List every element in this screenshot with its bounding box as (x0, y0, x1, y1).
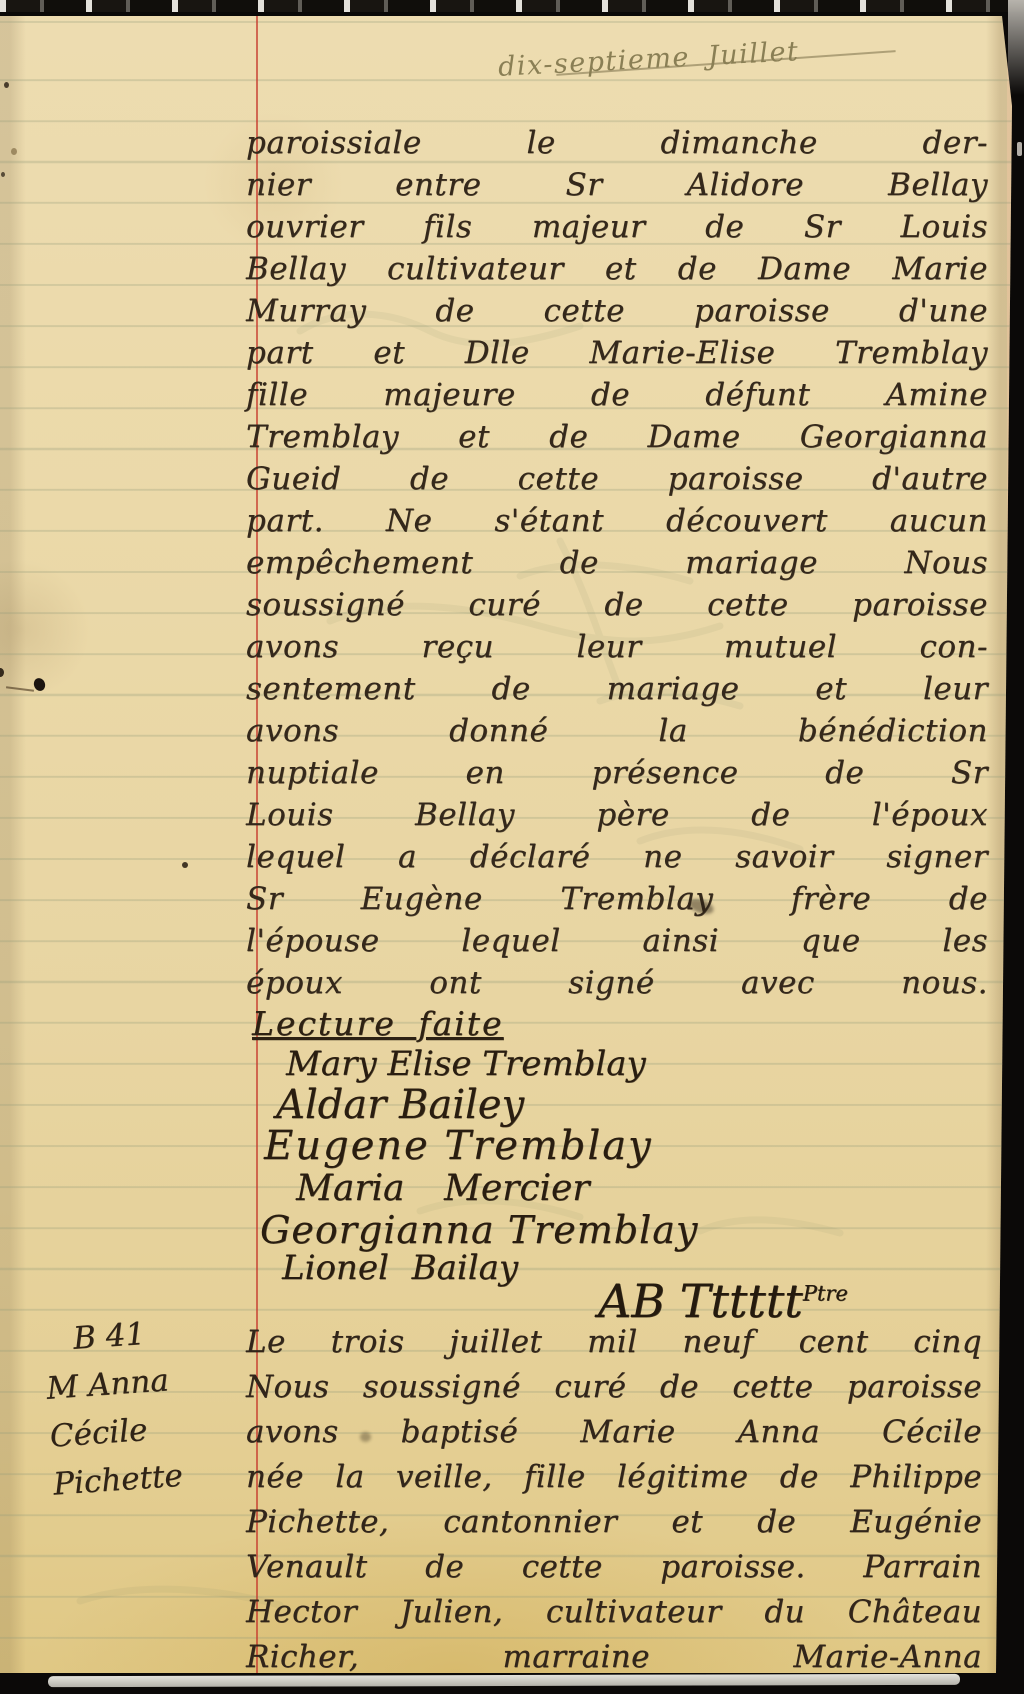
wormhole-speck (4, 82, 9, 88)
signature-georgianna-tremblay: Georgianna Tremblay (260, 1208, 698, 1252)
record-text-line: empêchement de mariage Nous (246, 542, 988, 584)
record-text-line: ouvrier fils majeur de Sr Louis (246, 206, 988, 248)
page-bottom-edge (48, 1674, 960, 1687)
marriage-record-text: paroissiale le dimanche der- nier entre … (246, 122, 988, 1004)
record-text-line: Venault de cette paroisse. Parrain (246, 1545, 982, 1590)
signature-mary-elise-tremblay: Mary Elise Tremblay (286, 1044, 646, 1084)
record-text-line: née la veille, fille légitime de Philipp… (246, 1455, 982, 1500)
record-text-line: Tremblay et de Dame Georgianna (246, 416, 988, 458)
wormhole-speck (182, 862, 188, 868)
wormhole-speck (1, 172, 5, 177)
record-text-line: Pichette, cantonnier et de Eugénie (246, 1500, 982, 1545)
record-text-line: l'épouse lequel ainsi que les (246, 920, 988, 962)
lecture-faite-note: Lecture faite (252, 1004, 503, 1043)
scan-edge-highlight (1008, 0, 1024, 95)
signature-aldar-bailey: Aldar Bailey (276, 1082, 524, 1128)
signature-maria-mercier: Maria Mercier (296, 1168, 590, 1209)
ink-smudge (360, 1432, 371, 1442)
signature-eugene-tremblay: Eugene Tremblay (264, 1123, 653, 1169)
record-text-line: part. Ne s'étant découvert aucun (246, 500, 988, 542)
margin-entry-b41: B 41 M Anna Cécile Pichette (42, 1303, 250, 1508)
binding-top-edge (0, 0, 1024, 17)
record-text-line: nuptiale en présence de Sr (246, 752, 988, 794)
record-text-line: sentement de mariage et leur (246, 668, 988, 710)
scan-edge-speck (1017, 142, 1022, 156)
priest-title: Ptre (803, 1282, 848, 1306)
register-page: dix-septieme Juillet paroissiale le dima… (0, 16, 1012, 1673)
record-text-line: fille majeure de défunt Amine (246, 374, 988, 416)
record-text-line: Gueid de cette paroisse d'autre (246, 458, 988, 500)
record-text-line: lequel a déclaré ne savoir signer (246, 836, 988, 878)
record-text-line: paroissiale le dimanche der- (246, 122, 988, 164)
record-text-line: part et Dlle Marie-Elise Tremblay (246, 332, 988, 374)
record-text-line: Louis Bellay père de l'époux (246, 794, 988, 836)
record-text-line: soussigné curé de cette paroisse (246, 584, 988, 626)
record-text-line: Nous soussigné curé de cette paroisse (246, 1365, 982, 1410)
record-text-line: nier entre Sr Alidore Bellay (246, 164, 988, 206)
record-text-line: Hector Julien, cultivateur du Château (246, 1590, 982, 1635)
baptism-record-text: Le trois juillet mil neuf cent cinq Nous… (246, 1320, 982, 1680)
record-text-line: avons baptisé Marie Anna Cécile (246, 1410, 982, 1455)
signature-lionel-bailay: Lionel Bailay (282, 1248, 518, 1288)
record-text-line: avons donné la bénédiction (246, 710, 988, 752)
record-text-line: Murray de cette paroisse d'une (246, 290, 988, 332)
record-text-line: époux ont signé avec nous. (246, 962, 988, 1004)
paper-stain-speck (11, 148, 17, 155)
record-text-line: Sr Eugène Tremblay frère de (246, 878, 988, 920)
record-text-line: Bellay cultivateur et de Dame Marie (246, 248, 988, 290)
record-text-line: Le trois juillet mil neuf cent cinq (246, 1320, 982, 1365)
record-text-line: avons reçu leur mutuel con- (246, 626, 988, 668)
